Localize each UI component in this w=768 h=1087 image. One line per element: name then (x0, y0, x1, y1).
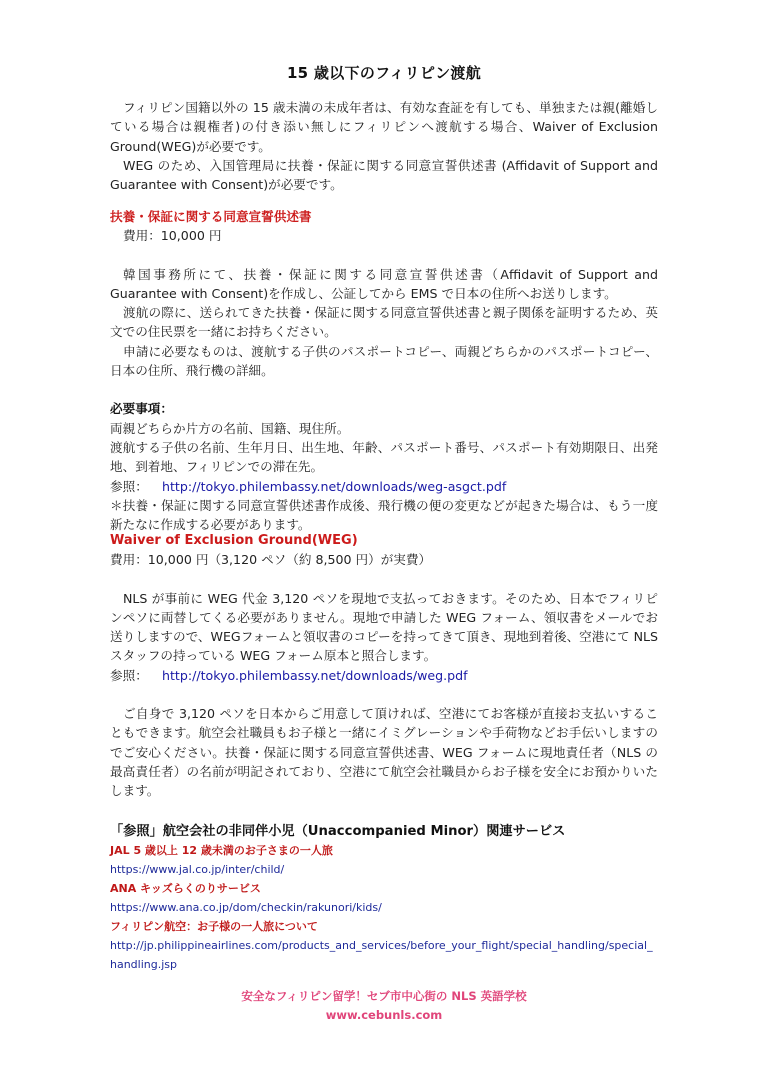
weg-section: Waiver of Exclusion Ground(WEG) 費用：10,00… (110, 531, 658, 801)
intro-section: フィリピン国籍以外の 15 歳未満の未成年者は、有効な査証を有しても、単独または… (110, 98, 658, 194)
airline-section: 「参照」航空会社の非同伴小児（Unaccompanied Minor）関連サービ… (110, 822, 658, 974)
spacer (110, 380, 658, 399)
airline-item-label: JAL 5 歳以上 12 歳未満のお子さまの一人旅 (110, 841, 658, 860)
spacer (110, 685, 658, 704)
affidavit-paragraph: 申請に必要なものは、渡航する子供のパスポートコピー、両親どちらかのパスポートコピ… (110, 342, 658, 381)
footer: 安全なフィリピン留学！セブ市中心街の NLS 英語学校 www.cebunls.… (110, 987, 658, 1025)
intro-paragraph: フィリピン国籍以外の 15 歳未満の未成年者は、有効な査証を有しても、単独または… (110, 98, 658, 156)
weg-paragraph: NLS が事前に WEG 代金 3,120 ペソを現地で支払っておきます。そのた… (110, 589, 658, 666)
affidavit-heading: 扶養・保証に関する同意宣誓供述書 (110, 207, 658, 226)
footer-tagline: 安全なフィリピン留学！セブ市中心街の NLS 英語学校 (110, 987, 658, 1006)
weg-reference: 参照： http://tokyo.philembassy.net/downloa… (110, 666, 658, 685)
affidavit-reference: 参照： http://tokyo.philembassy.net/downloa… (110, 477, 658, 496)
weg-paragraph: ご自身で 3,120 ペソを日本からご用意して頂ければ、空港にてお客様が直接お支… (110, 704, 658, 800)
affidavit-paragraph: 韓国事務所にて、扶養・保証に関する同意宣誓供述書（Affidavit of Su… (110, 265, 658, 304)
airline-item-label: フィリピン航空：お子様の一人旅について (110, 917, 658, 936)
affidavit-note: ＊扶養・保証に関する同意宣誓供述書作成後、飛行機の便の変更などが起きた場合は、も… (110, 496, 658, 535)
requirement-item: 両親どちらか片方の名前、国籍、現住所。 (110, 419, 658, 438)
weg-fee: 費用：10,000 円（3,120 ペソ（約 8,500 円）が実費） (110, 550, 658, 569)
airline-item-label: ANA キッズらくのりサービス (110, 879, 658, 898)
intro-paragraph: WEG のため、入国管理局に扶養・保証に関する同意宣誓供述書 (Affidavi… (110, 156, 658, 195)
page-title: 15 歳以下のフィリピン渡航 (110, 62, 658, 83)
weg-reference-link[interactable]: http://tokyo.philembassy.net/downloads/w… (162, 666, 468, 685)
airline-item-link-ana[interactable]: https://www.ana.co.jp/dom/checkin/rakuno… (110, 898, 658, 917)
spacer (110, 246, 658, 265)
reference-label: 参照： (110, 477, 162, 496)
affidavit-paragraph: 渡航の際に、送られてきた扶養・保証に関する同意宣誓供述書と親子関係を証明するため… (110, 303, 658, 342)
weg-heading: Waiver of Exclusion Ground(WEG) (110, 531, 658, 550)
airline-item-link-jal[interactable]: https://www.jal.co.jp/inter/child/ (110, 860, 658, 879)
requirements-heading: 必要事項： (110, 399, 658, 418)
affidavit-reference-link[interactable]: http://tokyo.philembassy.net/downloads/w… (162, 477, 506, 496)
affidavit-fee: 費用：10,000 円 (110, 226, 658, 245)
spacer (110, 570, 658, 589)
footer-website-link[interactable]: www.cebunls.com (110, 1006, 658, 1025)
requirement-item: 渡航する子供の名前、生年月日、出生地、年齢、パスポート番号、パスポート有効期限日… (110, 438, 658, 477)
affidavit-section: 扶養・保証に関する同意宣誓供述書 費用：10,000 円 韓国事務所にて、扶養・… (110, 207, 658, 534)
airline-heading: 「参照」航空会社の非同伴小児（Unaccompanied Minor）関連サービ… (110, 822, 658, 841)
reference-label: 参照： (110, 666, 162, 685)
airline-item-link-pal[interactable]: http://jp.philippineairlines.com/product… (110, 936, 658, 974)
